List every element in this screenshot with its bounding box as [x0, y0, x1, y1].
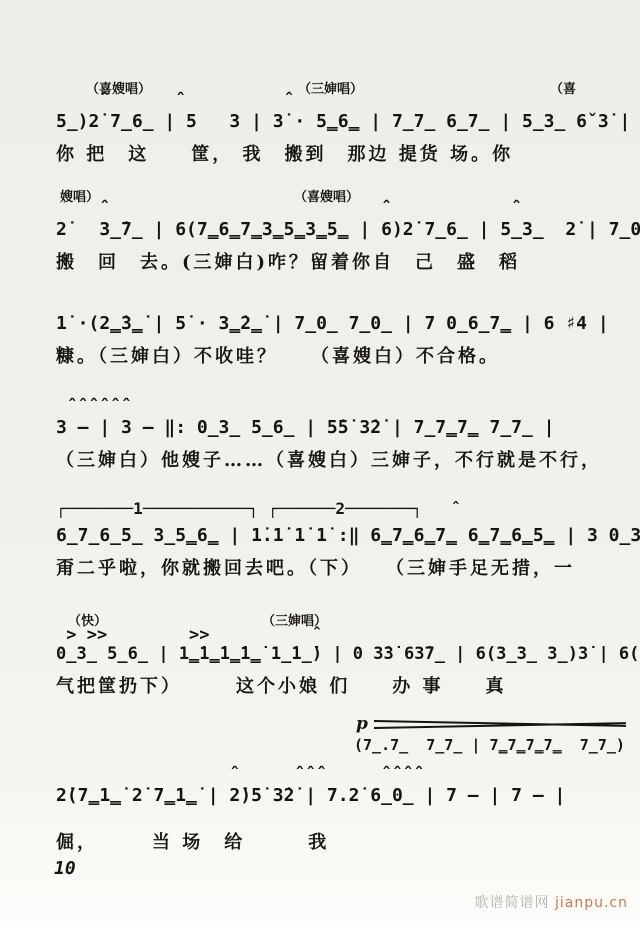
music-system-5: ┌───────1───────────┐ ┌──────2───────┐ ˆ… — [56, 498, 588, 598]
lyrics-line: 糠。（三婶白）不收哇？ （喜嫂白）不合格。 — [56, 344, 500, 370]
music-system-4: ˆˆˆˆˆˆ 3 — | 3 — ‖: 0̲3̲ 5̲6̲ | 5̇5̇ 3̇2… — [56, 390, 588, 490]
lyrics-line: 气把筐扔下） 这个小娘 们 办 事 真 — [56, 674, 507, 700]
notes-line: 6̲7̲6̲5̲ 3̲5̳6̳ | 1̇.1̇ 1̇ 1̇ :‖ 6̳7̳6̳7… — [56, 522, 640, 550]
slur-line: ˆ ˆˆˆ ˆˆˆˆ — [56, 768, 424, 782]
page-number: 10 — [54, 858, 76, 879]
slur-line: ˆ ˆ ˆ — [56, 202, 522, 216]
notes-line: 5̲)2̇ 7̲6̲ | 5 3 | 3̇ · 5̳6̳ | 7̲7̲ 6̲7̲… — [56, 108, 630, 136]
lyrics-line: 倔， 当 场 给 我 — [56, 830, 329, 856]
notes-line: 1̇ ·(2̳̇3̳̇ | 5̇ · 3̳̇2̳̇ | 7̲0̲ 7̲0̲ | … — [56, 310, 609, 338]
tie-line: ˆˆˆˆˆˆ — [56, 400, 132, 414]
singer-label: （喜 — [550, 78, 576, 97]
watermark: 歌谱简谱网 jianpu.cn — [475, 892, 628, 912]
volta-brackets-line: ┌───────1───────────┐ ┌──────2───────┐ ˆ — [56, 502, 461, 516]
music-system-7: p (7̲.7̲ 7̲7̲ | 7̳7̳7̳7̳ 7̲7̲) ˆ ˆˆˆ ˆˆˆ… — [56, 726, 588, 826]
lyrics-line: 搬 回 去。(三婶白)咋？留着你自 己 盛 稻 — [56, 250, 520, 276]
lyrics-line: 甭二乎啦，你就搬回去吧。（下） （三婶手足无措，一 — [56, 556, 575, 582]
lyrics-line: 你 把 这 筐， 我 搬到 那边 提货 场。你 — [56, 142, 513, 168]
slur-line: ˆ ˆ ˆ — [56, 94, 294, 108]
notes-line: 2̇(7̳1̳̇ 2̇ 7̳1̳̇ | 2̇)5̇ 3̇2̇ | 7.2̇ 6̲… — [56, 782, 565, 810]
watermark-site-name: 歌谱简谱网 — [475, 895, 550, 911]
decrescendo-hairpin-icon — [374, 718, 626, 730]
accompaniment-notes-line: (7̲.7̲ 7̲7̲ | 7̳7̳7̳7̳ 7̲7̲) — [354, 734, 625, 756]
notes-line: 0̲3̲ 5̲6̲ | 1̳̇1̳̇1̳̇1̳̇ 1̲̇1̲̇) | 0 3̇3… — [56, 640, 640, 668]
music-system-2: 嫂唱） （喜嫂唱） ˆ ˆ ˆ 2̇ 3̲̇7̲ | 6(7̳6̳7̳3̳5̳3… — [56, 192, 588, 292]
sheet-music-page: （喜嫂唱） （三婶唱） （喜 ˆ ˆ ˆ 5̲)2̇ 7̲6̲ | 5 3 | … — [0, 0, 640, 928]
singer-label: （三婶唱） — [298, 78, 363, 97]
lyrics-line: （三婶白）他嫂子……（喜嫂白）三婶子，不行就是不行， — [56, 448, 602, 474]
music-system-1: （喜嫂唱） （三婶唱） （喜 ˆ ˆ ˆ 5̲)2̇ 7̲6̲ | 5 3 | … — [56, 84, 588, 184]
music-system-3: 1̇ ·(2̳̇3̳̇ | 5̇ · 3̳̇2̳̇ | 7̲0̲ 7̲0̲ | … — [56, 286, 588, 386]
notes-line: 2̇ 3̲̇7̲ | 6(7̳6̳7̳3̳5̳3̳5̳ | 6)2̇ 7̲6̲ … — [56, 216, 640, 244]
watermark-url: jianpu.cn — [555, 895, 628, 911]
music-system-6: （快） （三婶唱） > >> >> ˆ 0̲3̲ 5̲6̲ | 1̳̇1̳̇1̇… — [56, 616, 588, 716]
notes-line: 3 — | 3 — ‖: 0̲3̲ 5̲6̲ | 5̇5̇ 3̇2̇ | 7̲7… — [56, 414, 555, 442]
dynamic-mark-p: p — [356, 714, 368, 734]
